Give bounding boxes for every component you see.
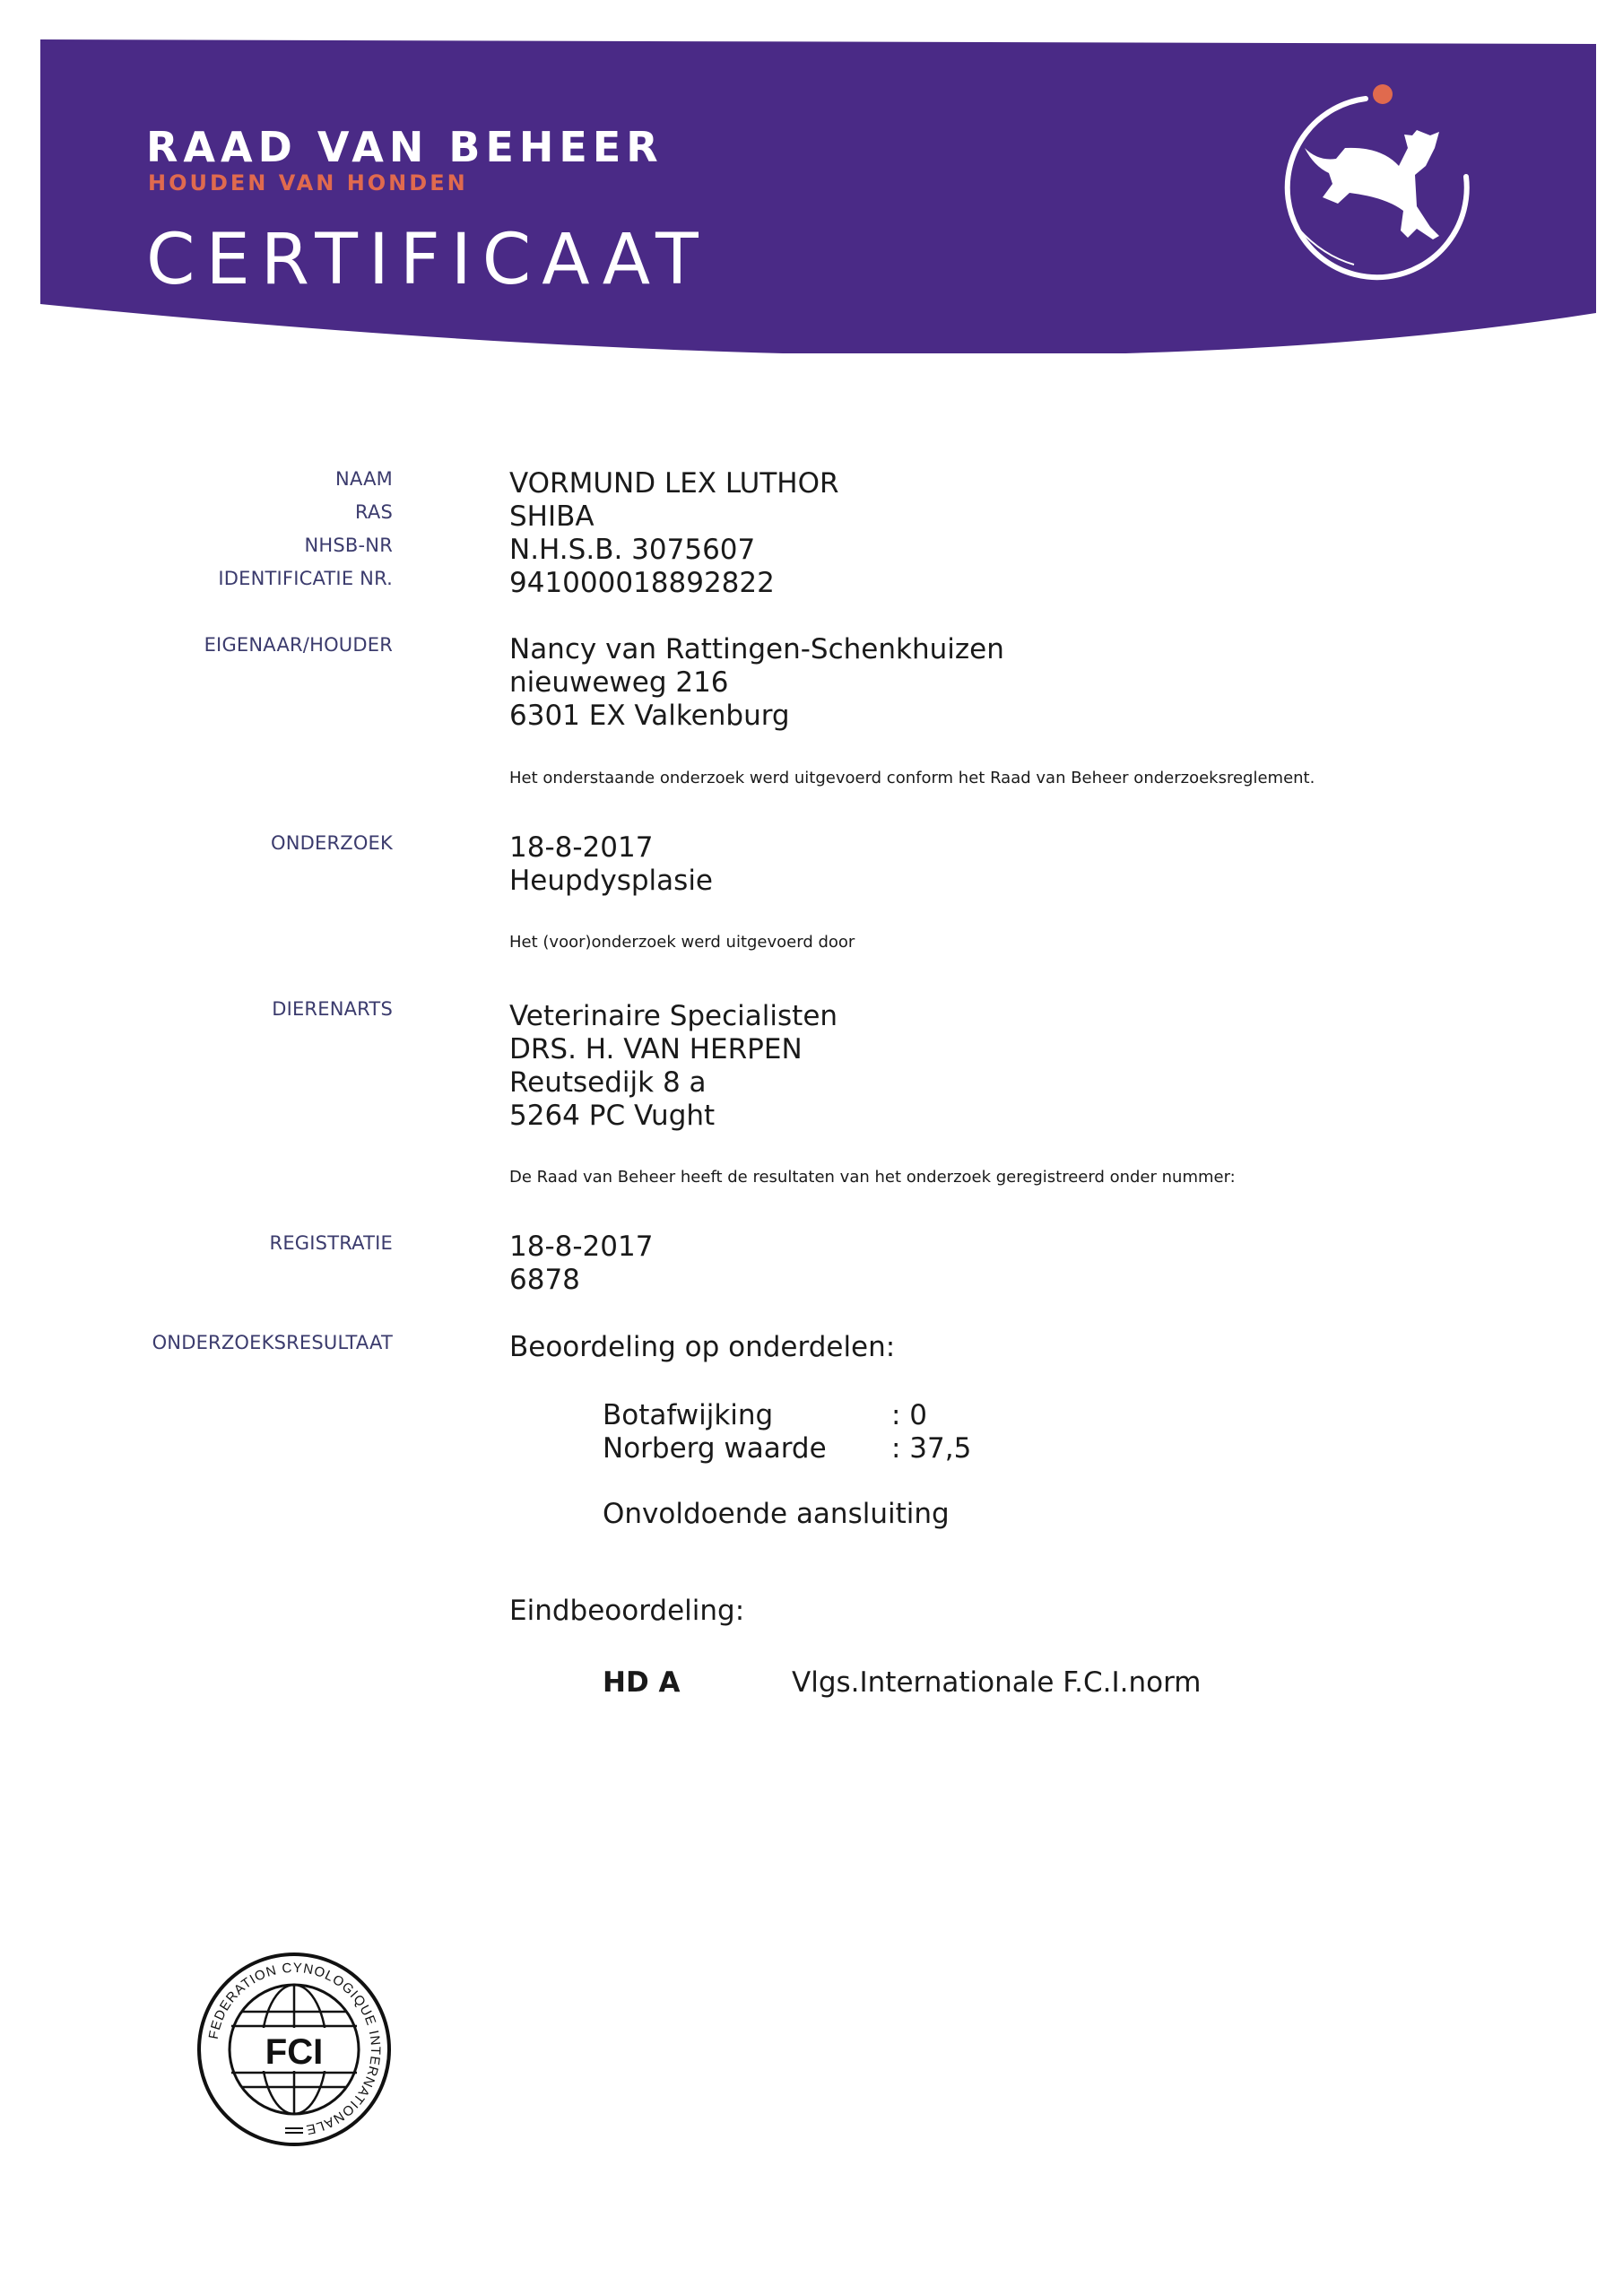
vet-details: Veterinaire Specialisten DRS. H. VAN HER… [509, 1000, 838, 1133]
label-naam: NAAM [335, 468, 393, 490]
result-item-value: : 37,5 [891, 1432, 971, 1465]
org-name: RAAD VAN BEHEER [146, 123, 664, 171]
dog-nhsb-number: N.H.S.B. 3075607 [509, 534, 839, 567]
vet-city: 5264 PC Vught [509, 1100, 838, 1133]
leaping-dog-logo-icon [1282, 76, 1506, 283]
dog-name: VORMUND LEX LUTHOR [509, 467, 839, 500]
note-registered: De Raad van Beheer heeft de resultaten v… [509, 1168, 1236, 1187]
owner-details: Nancy van Rattingen-Schenkhuizen nieuwew… [509, 633, 1004, 733]
label-onderzoek: ONDERZOEK [271, 832, 393, 854]
label-onderzoeksresultaat: ONDERZOEKSRESULTAAT [152, 1332, 393, 1353]
fci-globe-seal-icon: FCI FEDERATION CYNOLOGIQUE INTERNATIONAL… [195, 1951, 393, 2148]
vet-street: Reutsedijk 8 a [509, 1066, 838, 1100]
dog-breed: SHIBA [509, 500, 839, 534]
note-conform: Het onderstaande onderzoek werd uitgevoe… [509, 769, 1315, 787]
label-ras: RAS [355, 501, 393, 523]
result-items: Botafwijking : 0 Norberg waarde : 37,5 [603, 1399, 971, 1465]
exam-type: Heupdysplasie [509, 865, 713, 898]
note-performed-by: Het (voor)onderzoek werd uitgevoerd door [509, 933, 855, 952]
final-grade: HD A [603, 1666, 680, 1699]
label-dierenarts: DIERENARTS [272, 998, 393, 1020]
label-nhsb: NHSB-NR [304, 535, 393, 556]
exam-details: 18-8-2017 Heupdysplasie [509, 831, 713, 898]
vet-practice: Veterinaire Specialisten [509, 1000, 838, 1033]
registration-details: 18-8-2017 6878 [509, 1231, 653, 1297]
final-norm: Vlgs.Internationale F.C.I.norm [792, 1666, 1202, 1699]
document-title: CERTIFICAAT [146, 220, 709, 300]
vet-name: DRS. H. VAN HERPEN [509, 1033, 838, 1066]
svg-text:FCI: FCI [265, 2032, 323, 2072]
label-eigenaar: EIGENAAR/HOUDER [204, 634, 393, 656]
result-item-name: Botafwijking [603, 1399, 891, 1432]
dog-details: VORMUND LEX LUTHOR SHIBA N.H.S.B. 307560… [509, 467, 839, 600]
result-item-name: Norberg waarde [603, 1432, 891, 1465]
label-registratie: REGISTRATIE [270, 1232, 393, 1254]
org-tagline: HOUDEN VAN HONDEN [148, 170, 468, 196]
label-identificatie: IDENTIFICATIE NR. [218, 568, 393, 589]
owner-street: nieuweweg 216 [509, 666, 1004, 700]
registration-number: 6878 [509, 1264, 653, 1297]
result-item: Botafwijking : 0 [603, 1399, 971, 1432]
registration-date: 18-8-2017 [509, 1231, 653, 1264]
result-item-value: : 0 [891, 1399, 927, 1432]
exam-date: 18-8-2017 [509, 831, 713, 865]
result-item: Norberg waarde : 37,5 [603, 1432, 971, 1465]
result-remark: Onvoldoende aansluiting [603, 1498, 950, 1531]
owner-name: Nancy van Rattingen-Schenkhuizen [509, 633, 1004, 666]
dog-id-number: 941000018892822 [509, 567, 839, 600]
result-heading: Beoordeling op onderdelen: [509, 1331, 895, 1364]
final-heading: Eindbeoordeling: [509, 1595, 744, 1628]
owner-city: 6301 EX Valkenburg [509, 700, 1004, 733]
